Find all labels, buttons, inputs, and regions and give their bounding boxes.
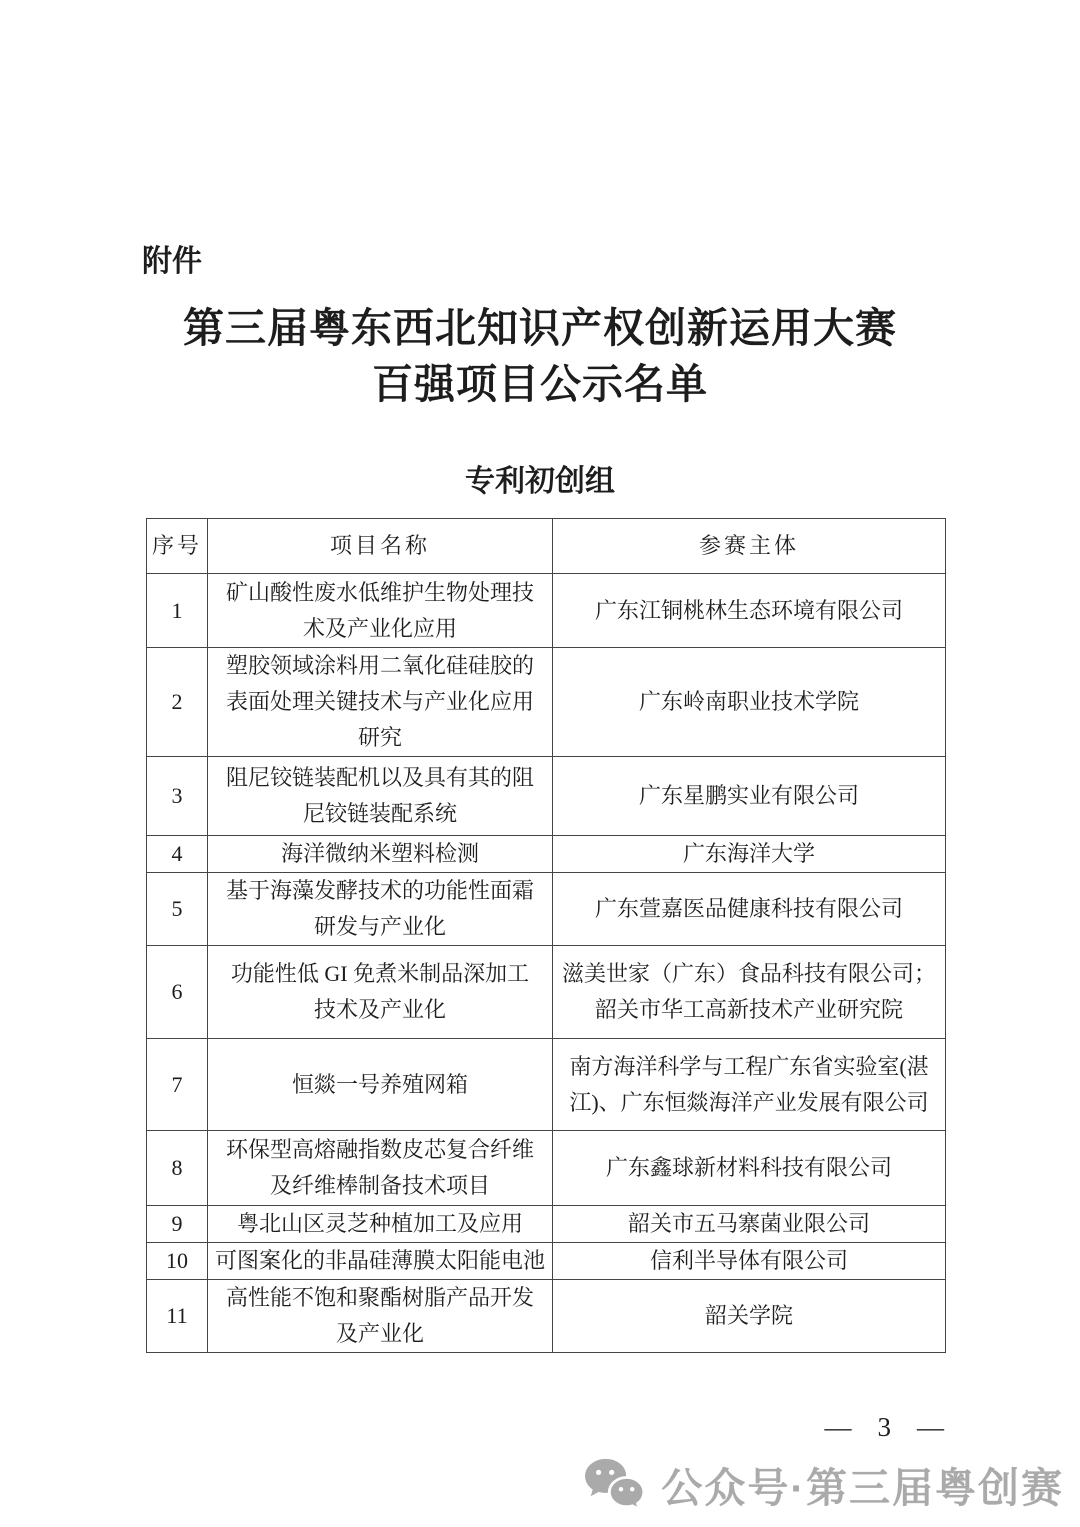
title-line-1: 第三届粤东西北知识产权创新运用大赛 bbox=[183, 305, 897, 351]
table-row: 5基于海藻发酵技术的功能性面霜 研发与产业化广东萱嘉医品健康科技有限公司 bbox=[147, 873, 946, 946]
project-name: 阻尼铰链装配机以及具有其的阻 尼铰链装配系统 bbox=[208, 757, 553, 836]
page-dash-right: — bbox=[917, 1410, 944, 1444]
row-no: 8 bbox=[147, 1131, 208, 1206]
entity-name: 广东江铜桃林生态环境有限公司 bbox=[553, 574, 946, 648]
project-name: 粤北山区灵芝种植加工及应用 bbox=[208, 1206, 553, 1243]
table-row: 10可图案化的非晶硅薄膜太阳能电池信利半导体有限公司 bbox=[147, 1243, 946, 1280]
entity-name: 南方海洋科学与工程广东省实验室(湛 江)、广东恒燚海洋产业发展有限公司 bbox=[553, 1039, 946, 1131]
page-number: — 3 — bbox=[825, 1410, 945, 1444]
project-name: 塑胶领域涂料用二氧化硅硅胶的 表面处理关键技术与产业化应用 研究 bbox=[208, 648, 553, 757]
table-header-row: 序号 项目名称 参赛主体 bbox=[147, 519, 946, 574]
col-header-entity: 参赛主体 bbox=[553, 519, 946, 574]
table-row: 2塑胶领域涂料用二氧化硅硅胶的 表面处理关键技术与产业化应用 研究广东岭南职业技… bbox=[147, 648, 946, 757]
table-row: 1矿山酸性废水低维护生物处理技 术及产业化应用广东江铜桃林生态环境有限公司 bbox=[147, 574, 946, 648]
project-name: 基于海藻发酵技术的功能性面霜 研发与产业化 bbox=[208, 873, 553, 946]
page-number-value: 3 bbox=[878, 1410, 892, 1444]
projects-table: 序号 项目名称 参赛主体 1矿山酸性废水低维护生物处理技 术及产业化应用广东江铜… bbox=[146, 518, 946, 1353]
entity-name: 韶关学院 bbox=[553, 1280, 946, 1353]
project-name: 恒燚一号养殖网箱 bbox=[208, 1039, 553, 1131]
project-name: 可图案化的非晶硅薄膜太阳能电池 bbox=[208, 1243, 553, 1280]
row-no: 7 bbox=[147, 1039, 208, 1131]
row-no: 5 bbox=[147, 873, 208, 946]
row-no: 11 bbox=[147, 1280, 208, 1353]
table-row: 3阻尼铰链装配机以及具有其的阻 尼铰链装配系统广东星鹏实业有限公司 bbox=[147, 757, 946, 836]
project-name: 功能性低 GI 免煮米制品深加工 技术及产业化 bbox=[208, 946, 553, 1039]
title-line-2: 百强项目公示名单 bbox=[372, 361, 708, 407]
entity-name: 广东鑫球新材料科技有限公司 bbox=[553, 1131, 946, 1206]
row-no: 2 bbox=[147, 648, 208, 757]
table-row: 7恒燚一号养殖网箱南方海洋科学与工程广东省实验室(湛 江)、广东恒燚海洋产业发展… bbox=[147, 1039, 946, 1131]
page-dash-left: — bbox=[825, 1410, 852, 1444]
table-row: 4海洋微纳米塑料检测广东海洋大学 bbox=[147, 836, 946, 873]
row-no: 4 bbox=[147, 836, 208, 873]
table-row: 8环保型高熔融指数皮芯复合纤维 及纤维棒制备技术项目广东鑫球新材料科技有限公司 bbox=[147, 1131, 946, 1206]
entity-name: 滋美世家（广东）食品科技有限公司； 韶关市华工高新技术产业研究院 bbox=[553, 946, 946, 1039]
entity-name: 信利半导体有限公司 bbox=[553, 1243, 946, 1280]
wechat-icon bbox=[583, 1457, 645, 1513]
col-header-no: 序号 bbox=[147, 519, 208, 574]
row-no: 9 bbox=[147, 1206, 208, 1243]
row-no: 3 bbox=[147, 757, 208, 836]
entity-name: 广东海洋大学 bbox=[553, 836, 946, 873]
attachment-label: 附件 bbox=[142, 243, 202, 281]
col-header-project: 项目名称 bbox=[208, 519, 553, 574]
group-title: 专利初创组 bbox=[0, 463, 1080, 501]
project-name: 矿山酸性废水低维护生物处理技 术及产业化应用 bbox=[208, 574, 553, 648]
document-page: 附件 第三届粤东西北知识产权创新运用大赛 百强项目公示名单 专利初创组 序号 项… bbox=[0, 0, 1080, 1527]
entity-name: 广东星鹏实业有限公司 bbox=[553, 757, 946, 836]
document-title: 第三届粤东西北知识产权创新运用大赛 百强项目公示名单 bbox=[0, 300, 1080, 412]
watermark: 公众号·第三届粤创赛 bbox=[583, 1455, 1064, 1514]
row-no: 6 bbox=[147, 946, 208, 1039]
row-no: 10 bbox=[147, 1243, 208, 1280]
project-name: 海洋微纳米塑料检测 bbox=[208, 836, 553, 873]
table-row: 9粤北山区灵芝种植加工及应用韶关市五马寨菌业限公司 bbox=[147, 1206, 946, 1243]
project-name: 环保型高熔融指数皮芯复合纤维 及纤维棒制备技术项目 bbox=[208, 1131, 553, 1206]
table-row: 11高性能不饱和聚酯树脂产品开发 及产业化韶关学院 bbox=[147, 1280, 946, 1353]
row-no: 1 bbox=[147, 574, 208, 648]
watermark-text: 公众号·第三届粤创赛 bbox=[661, 1455, 1064, 1514]
project-name: 高性能不饱和聚酯树脂产品开发 及产业化 bbox=[208, 1280, 553, 1353]
entity-name: 广东岭南职业技术学院 bbox=[553, 648, 946, 757]
entity-name: 韶关市五马寨菌业限公司 bbox=[553, 1206, 946, 1243]
table-row: 6功能性低 GI 免煮米制品深加工 技术及产业化滋美世家（广东）食品科技有限公司… bbox=[147, 946, 946, 1039]
entity-name: 广东萱嘉医品健康科技有限公司 bbox=[553, 873, 946, 946]
